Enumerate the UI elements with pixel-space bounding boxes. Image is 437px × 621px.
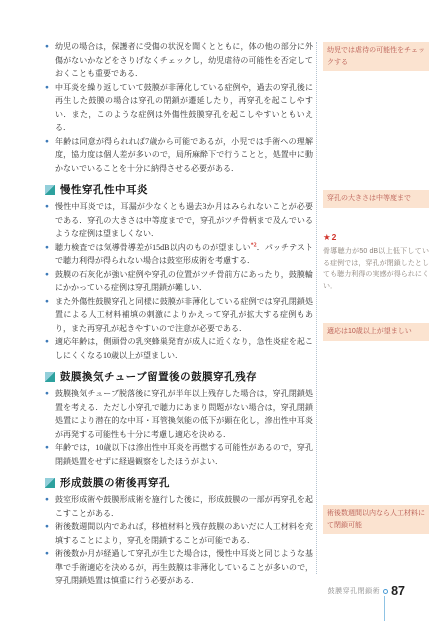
section-title: 鼓膜換気チューブ留置後の鼓膜穿孔残存 — [60, 369, 257, 384]
margin-note-highlight: 適応は10歳以上が望ましい — [323, 323, 429, 341]
page-footer: 鼓膜穿孔閉鎖術 87 — [328, 584, 405, 598]
footer-accent-line — [384, 596, 385, 621]
margin-footnote: ★2 骨導聴力が50 dB以上低下している症例では，穿孔が閉鎖したとしても聴力利… — [323, 230, 429, 292]
margin-note-highlight: 穿孔の大きさは中等度まで — [323, 190, 429, 208]
bullet-item: 聴力検査では気導骨導差が15dB以内のものが望ましい*2．パッチテストで聴力利得… — [45, 241, 313, 268]
bullet-item: 慢性中耳炎では，耳漏が少なくとも過去3か月はみられないことが必要である．穿孔の大… — [45, 200, 313, 241]
footnote-text: 骨導聴力が50 dB以上低下している症例では，穿孔が閉鎖したとしても聴力利得の実… — [323, 246, 429, 292]
section-title: 慢性穿孔性中耳炎 — [60, 182, 148, 197]
bullet-item: 術後数週間以内であれば，移植材料と残存鼓膜のあいだに人工材料を充填することにより… — [45, 520, 313, 547]
section-bullet-list: 鼓膜換気チューブ脱落後に穿孔が半年以上残存した場合は，穿孔閉鎖処置を考える．ただ… — [45, 387, 313, 468]
section-square-icon — [45, 372, 55, 382]
margin-divider-line — [316, 42, 317, 574]
section-bullet-list: 慢性中耳炎では，耳漏が少なくとも過去3か月はみられないことが必要である．穿孔の大… — [45, 200, 313, 362]
bullet-item: 幼児の場合は，保護者に受傷の状況を聞くとともに，体の他の部分に外傷がないかなどを… — [45, 40, 313, 81]
intro-bullet-list: 幼児の場合は，保護者に受傷の状況を聞くとともに，体の他の部分に外傷がないかなどを… — [45, 40, 313, 175]
section-tube-retention-perforation: 鼓膜換気チューブ留置後の鼓膜穿孔残存 鼓膜換気チューブ脱落後に穿孔が半年以上残存… — [45, 369, 313, 468]
section-square-icon — [45, 185, 55, 195]
bullet-item: また外傷性鼓膜穿孔と同様に鼓膜が非薄化している症例では穿孔閉鎖処置による人工材料… — [45, 295, 313, 336]
section-heading: 鼓膜換気チューブ留置後の鼓膜穿孔残存 — [45, 369, 313, 384]
chapter-label: 鼓膜穿孔閉鎖術 — [328, 586, 381, 596]
bullet-item: 年齢は同意が得られれば7歳から可能であるが，小児では手術への理解度，協力度は個人… — [45, 135, 313, 176]
bullet-item: 鼓膜換気チューブ脱落後に穿孔が半年以上残存した場合は，穿孔閉鎖処置を考える．ただ… — [45, 387, 313, 441]
page-marker-circle-icon — [383, 589, 388, 594]
bullet-item: 術後数か月が経過して穿孔が生じた場合は，慢性中耳炎と同じような基準で手術適応を決… — [45, 547, 313, 588]
textbook-page: 幼児の場合は，保護者に受傷の状況を聞くとともに，体の他の部分に外傷がないかなどを… — [0, 0, 437, 621]
main-text-column: 幼児の場合は，保護者に受傷の状況を聞くとともに，体の他の部分に外傷がないかなどを… — [45, 40, 313, 588]
bullet-item: 鼓膜の石灰化が強い症例や穿孔の位置がツチ骨前方にあったり，鼓膜輪にかかっている症… — [45, 268, 313, 295]
section-heading: 形成鼓膜の術後再穿孔 — [45, 475, 313, 490]
section-square-icon — [45, 478, 55, 488]
bullet-item: 中耳炎を繰り返していて鼓膜が非薄化している症例や，過去の穿孔後に再生した鼓膜の場… — [45, 81, 313, 135]
star-footnote-marker: ★2 — [323, 230, 429, 244]
section-postop-reperforation: 形成鼓膜の術後再穿孔 鼓室形成術や鼓膜形成術を施行した後に，形成鼓膜の一部が再穿… — [45, 475, 313, 588]
section-chronic-perforative-otitis: 慢性穿孔性中耳炎 慢性中耳炎では，耳漏が少なくとも過去3か月はみられないことが必… — [45, 182, 313, 362]
margin-note-highlight: 術後数週間以内なら人工材料にて閉鎖可能 — [323, 505, 429, 534]
bullet-item: 適応年齢は，側頭骨の乳突蜂巣発育が成人に近くなり，急性炎症を起こしにくくなる10… — [45, 335, 313, 362]
section-heading: 慢性穿孔性中耳炎 — [45, 182, 313, 197]
page-number: 87 — [391, 584, 405, 598]
section-title: 形成鼓膜の術後再穿孔 — [60, 475, 170, 490]
margin-note-highlight: 幼児では虐待の可能性をチェックする — [323, 42, 429, 71]
bullet-text: 聴力検査では気導骨導差が15dB以内のものが望ましい — [55, 243, 251, 252]
bullet-item: 鼓室形成術や鼓膜形成術を施行した後に，形成鼓膜の一部が再穿孔を起こすことがある． — [45, 493, 313, 520]
bullet-item: 年齢では，10歳以下は滲出性中耳炎を再燃する可能性があるので，穿孔閉鎖処置をせず… — [45, 441, 313, 468]
section-bullet-list: 鼓室形成術や鼓膜形成術を施行した後に，形成鼓膜の一部が再穿孔を起こすことがある．… — [45, 493, 313, 588]
